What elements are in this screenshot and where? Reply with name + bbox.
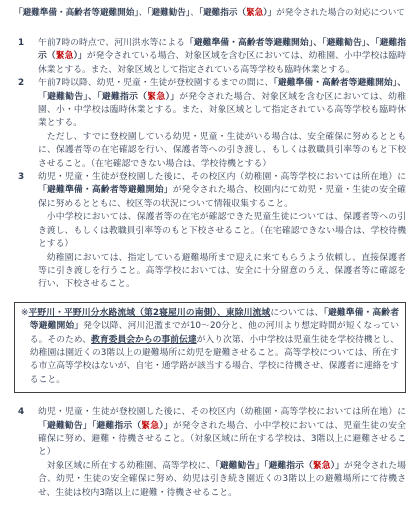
sub-paragraph: ただし、すでに登校園している幼児・児童・生徒がいる場合は、安全確保に努めるととも…: [14, 131, 406, 171]
numbered-item-2: 2午前7時以降、幼児・児童・生徒が登校園するまでの間に、「避難準備・高齢者等避難…: [14, 77, 406, 131]
sub-paragraph: 幼稚園においては、指定している避難場所まで迎えに来てもらうよう依頼し、直接保護者…: [14, 252, 406, 292]
text-segment: ）」: [165, 92, 179, 102]
item-number: 2: [18, 77, 24, 90]
numbered-item-3: 3幼児・児童・生徒が登校園した後に、その校区内（幼稚園・高等学校においては所在地…: [14, 171, 406, 211]
sub-paragraph: 対象区域に所在する幼稚園、高等学校に、「避難勧告」「避難指示（緊急）」が発令され…: [14, 460, 406, 500]
text-segment: 対象区域に所在する幼稚園、高等学校に、: [47, 461, 215, 471]
special-note-box: ※平野川・平野川分水路流域（第2寝屋川の南側）、東除川流域については、「避難準備…: [14, 302, 406, 393]
text-segment: ）」: [263, 8, 276, 18]
emergency-text-segment: 緊急: [313, 461, 331, 471]
item-number: 3: [18, 171, 24, 184]
document-title: 「避難準備・高齢者等避難開始」、「避難勧告」、「避難指示（緊急）」が発令された場…: [14, 6, 406, 20]
text-segment: 幼児・児童・生徒が登校園した後に、その校区内（幼稚園・高等学校においては所在地）…: [38, 407, 406, 417]
document-body: 1午前7時の時点で、河川洪水等による「避難準備・高齢者等避難開始」、「避難勧告」…: [14, 37, 406, 500]
text-segment: 「避難勧告」: [147, 8, 190, 18]
text-segment: が発令された場合の対応について: [276, 8, 405, 18]
text-segment: 「避難準備・高齢者等避難開始」: [14, 8, 139, 18]
text-segment: については、: [270, 308, 323, 318]
text-segment: 平野川・平野川分水路流域（第2寝屋川の南側）、東除川流域: [28, 308, 270, 318]
document-page: 「避難準備・高齢者等避難開始」、「避難勧告」、「避難指示（緊急）」が発令された場…: [0, 0, 420, 530]
text-segment: 小中学校においては、保護者等の在宅が確認できた児童生徒については、保護者等への引…: [38, 212, 406, 249]
text-segment: 「避難準備・高齢者等避難開始」: [38, 185, 173, 195]
text-segment: 幼稚園においては、指定している避難場所まで迎えに来てもらうよう依頼し、直接保護者…: [38, 253, 406, 290]
text-segment: 「避難勧告」「避難指示（: [215, 461, 313, 471]
text-segment: 午前7時の時点で、河川洪水等による: [38, 38, 185, 48]
text-segment: ）」: [331, 461, 344, 471]
numbered-item-4: 4幼児・児童・生徒が登校園した後に、その校区内（幼稚園・高等学校においては所在地…: [14, 406, 406, 460]
text-segment: ）」: [159, 421, 173, 431]
text-segment: 、: [139, 8, 148, 18]
text-segment: 幼児・児童・生徒が登校園した後に、その校区内（幼稚園・高等学校においては所在地）…: [38, 172, 406, 182]
emergency-text-segment: 緊急: [56, 51, 74, 61]
text-segment: ただし、すでに登校園している幼児・児童・生徒がいる場合は、安全確保に努めるととも…: [38, 132, 406, 169]
text-segment: が発令されている場合、対象区域を含む区においては、幼稚園、小中学校は臨時休業とす…: [38, 51, 406, 74]
text-segment: ）」: [73, 51, 86, 61]
emergency-text-segment: 緊急: [141, 421, 159, 431]
text-segment: 「避難指示（: [199, 8, 246, 18]
numbered-item-1: 1午前7時の時点で、河川洪水等による「避難準備・高齢者等避難開始」、「避難勧告」…: [14, 37, 406, 77]
item-number: 4: [18, 406, 24, 419]
note-paragraph: ※平野川・平野川分水路流域（第2寝屋川の南側）、東除川流域については、「避難準備…: [21, 307, 399, 387]
emergency-text-segment: 緊急: [246, 8, 263, 18]
text-segment: 「避難勧告」「避難指示（: [38, 421, 141, 431]
item-number: 1: [18, 37, 24, 50]
sub-paragraph: 小中学校においては、保護者等の在宅が確認できた児童生徒については、保護者等への引…: [14, 211, 406, 251]
emergency-text-segment: 緊急: [147, 92, 165, 102]
text-segment: 午前7時以降、幼児・児童・生徒が登校園するまでの間に、: [38, 78, 273, 88]
text-segment: 、: [190, 8, 199, 18]
text-segment: 教育委員会からの事前伝達: [91, 335, 197, 345]
